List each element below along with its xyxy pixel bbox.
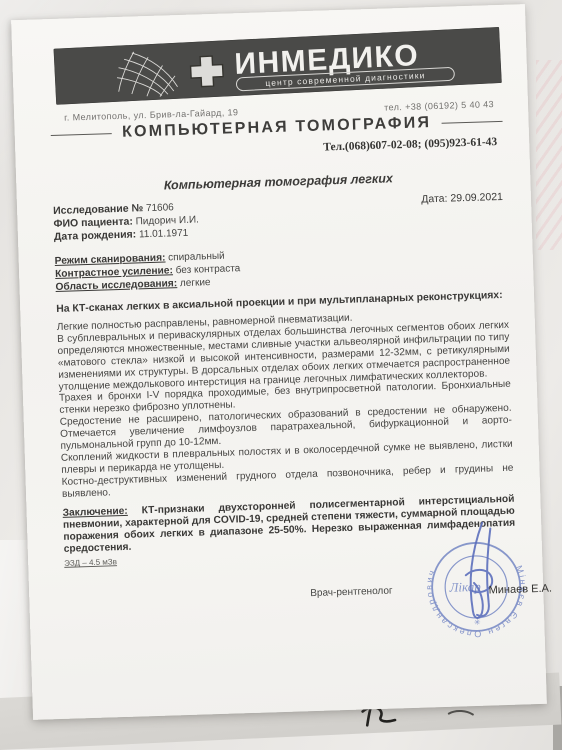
study-number-value: 71606 [146, 202, 174, 214]
scan-parameters: Режим сканирования: спиральный Контрастн… [55, 241, 508, 294]
report-date-line: Дата: 29.09.2021 [421, 191, 504, 233]
report-date-label: Дата: [421, 193, 448, 206]
svg-text:Мінаєв Євген Олександрович: Мінаєв Євген Олександрович [424, 564, 530, 641]
findings-text: Легкие полностью расправлены, равномерно… [57, 308, 514, 501]
clinic-logo-banner: ИНМЕДИКО центр современной диагностики [54, 27, 498, 110]
study-area-label: Область исследования: [55, 278, 177, 293]
report-date-value: 29.09.2021 [450, 191, 503, 205]
doctor-signature [465, 523, 494, 619]
patient-info-left: Исследование № 71606 ФИО пациента: Пидор… [53, 200, 200, 244]
patient-name-value: Пидорич И.И. [135, 214, 199, 227]
divider-line [51, 133, 112, 136]
ct-report-paper: ИНМЕДИКО центр современной диагностики г… [11, 4, 547, 720]
divider-line [441, 120, 502, 123]
stamp-rim-text: Мінаєв Євген Олександрович [424, 564, 530, 641]
stamp-and-signature-area: Мінаєв Євген Олександрович Лікар ✳ Минае… [426, 570, 518, 625]
svg-text:✳: ✳ [474, 618, 481, 627]
patient-info-block: Исследование № 71606 ФИО пациента: Пидор… [53, 191, 506, 244]
study-area-value: легкие [180, 277, 211, 289]
doctor-name: Минаев Е.А. [488, 583, 552, 597]
clinic-banner-graphic: ИНМЕДИКО центр современной диагностики [54, 27, 502, 105]
conclusion-label: Заключение: [62, 505, 127, 518]
doctor-round-stamp: Мінаєв Євген Олександрович Лікар ✳ [416, 518, 536, 646]
doctor-title: Врач-рентгенолог [310, 586, 393, 600]
photo-of-ct-report: { "header": { "logo_name": "ИНМЕДИКО", "… [0, 0, 562, 750]
clinic-phone: тел. +38 (06192) 5 40 43 [384, 99, 494, 112]
scan-mode-value: спиральный [168, 251, 225, 264]
patient-name-label: ФИО пациента: [53, 216, 133, 230]
birth-date-label: Дата рождения: [54, 228, 137, 243]
pink-fabric-pattern [536, 60, 562, 250]
contrast-value: без контраста [176, 263, 241, 276]
report-title: Компьютерная томография легких [52, 168, 504, 196]
birth-date-value: 11.01.1971 [139, 228, 189, 241]
signature-row: Врач-рентгенолог Мінаєв Євген Олександро… [65, 570, 518, 636]
